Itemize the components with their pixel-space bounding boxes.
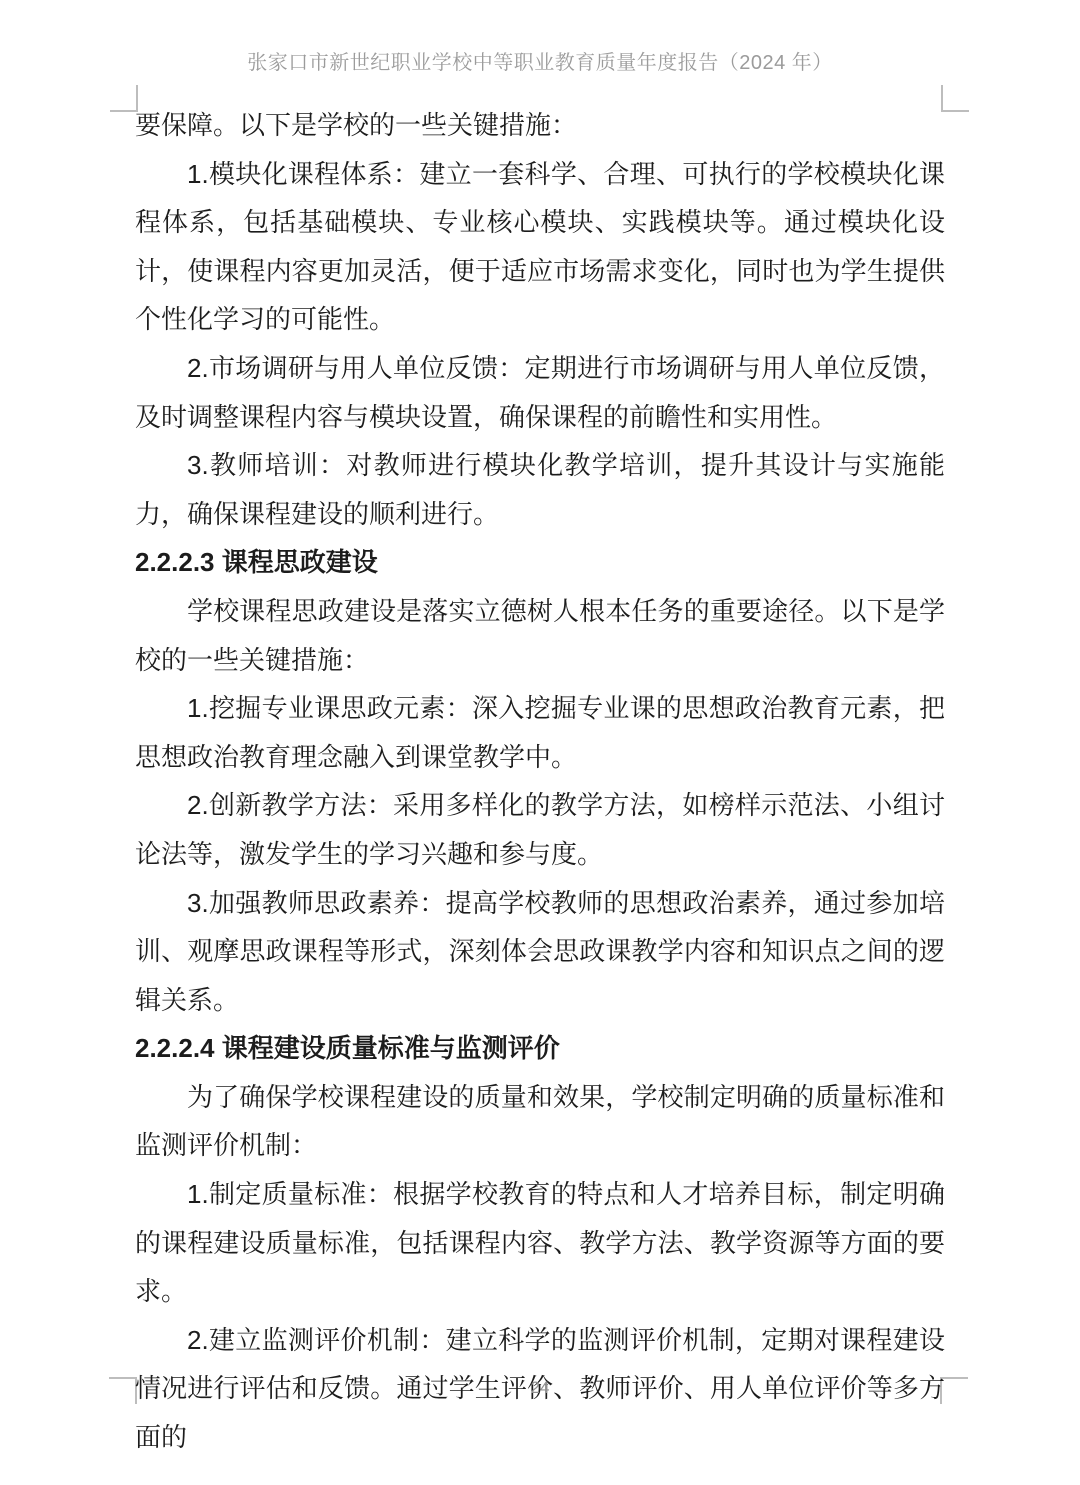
section-heading: 2.2.2.4 课程建设质量标准与监测评价 xyxy=(135,1024,945,1073)
crop-mark-top-right xyxy=(941,85,969,112)
paragraph: 3.加强教师思政素养：提高学校教师的思想政治素养，通过参加培训、观摩思政课程等形… xyxy=(135,879,945,1025)
paragraph: 为了确保学校课程建设的质量和效果，学校制定明确的质量标准和监测评价机制： xyxy=(135,1073,945,1170)
page-number: 24 xyxy=(0,1378,1080,1398)
paragraph: 1.制定质量标准：根据学校教育的特点和人才培养目标，制定明确的课程建设质量标准，… xyxy=(135,1170,945,1316)
page-header-title: 张家口市新世纪职业学校中等职业教育质量年度报告（2024 年） xyxy=(0,46,1080,75)
paragraph: 2.创新教学方法：采用多样化的教学方法，如榜样示范法、小组讨论法等，激发学生的学… xyxy=(135,781,945,878)
content-area: 要保障。以下是学校的一些关键措施： 1.模块化课程体系：建立一套科学、合理、可执… xyxy=(135,101,945,1462)
paragraph: 2.市场调研与用人单位反馈：定期进行市场调研与用人单位反馈，及时调整课程内容与模… xyxy=(135,344,945,441)
paragraph-continuation: 要保障。以下是学校的一些关键措施： xyxy=(135,101,945,150)
paragraph: 1.模块化课程体系：建立一套科学、合理、可执行的学校模块化课程体系，包括基础模块… xyxy=(135,150,945,344)
crop-mark-top-left xyxy=(110,85,138,112)
paragraph: 3.教师培训：对教师进行模块化教学培训，提升其设计与实施能力，确保课程建设的顺利… xyxy=(135,441,945,538)
paragraph: 1.挖掘专业课思政元素：深入挖掘专业课的思想政治教育元素，把思想政治教育理念融入… xyxy=(135,684,945,781)
section-heading: 2.2.2.3 课程思政建设 xyxy=(135,538,945,587)
document-page: 张家口市新世纪职业学校中等职业教育质量年度报告（2024 年） 要保障。以下是学… xyxy=(0,0,1080,1485)
paragraph: 学校课程思政建设是落实立德树人根本任务的重要途径。以下是学校的一些关键措施： xyxy=(135,587,945,684)
